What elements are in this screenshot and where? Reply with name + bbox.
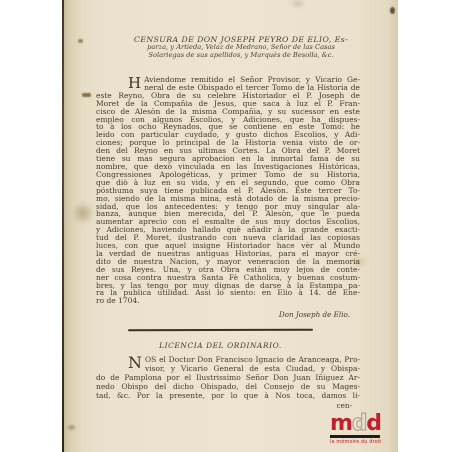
censura-body-lines: Aviendome remitido el Señor Provisor, y … bbox=[96, 76, 360, 305]
dropcap-initial: N bbox=[128, 355, 142, 372]
logo-letter: d bbox=[366, 411, 381, 436]
watermark-logo: mdd la mémoire du droit bbox=[330, 413, 384, 445]
text-line: do de Pamplona por el Ilustrissimo Señor… bbox=[96, 373, 360, 382]
book-gutter-edge bbox=[62, 0, 64, 452]
catchword: cen- bbox=[300, 401, 352, 410]
dropcap-initial: H bbox=[128, 76, 141, 90]
page-scan: CENSURA DE DON JOSEPH PEYRO DE ELIO, Es-… bbox=[0, 0, 452, 452]
censura-heading: CENSURA DE DON JOSEPH PEYRO DE ELIO, Es-… bbox=[126, 36, 356, 59]
censura-signature: Don Joseph de Elio. bbox=[240, 310, 350, 319]
logo-tagline: la mémoire du droit bbox=[330, 440, 384, 446]
licencia-heading: LICENCIA DEL ORDINARIO. bbox=[118, 341, 323, 350]
logo-letter: m bbox=[330, 411, 352, 436]
mdd-logotype: mdd bbox=[330, 413, 384, 434]
censura-heading-line: Solariegas de sus apellidos, y Marquès d… bbox=[126, 52, 356, 60]
licencia-body: N OS el Doctor Don Francisco Ignacio de … bbox=[96, 355, 360, 400]
text-line: ro de 1704. bbox=[96, 297, 360, 305]
text-line: nedo Obispo del dicho Obispado, del Cons… bbox=[96, 382, 360, 391]
logo-letter-outline: d bbox=[352, 411, 367, 436]
censura-body: H Aviendome remitido el Señor Provisor, … bbox=[96, 76, 360, 305]
text-line: tad, &c. Por la presente, por lo que à N… bbox=[96, 391, 360, 400]
